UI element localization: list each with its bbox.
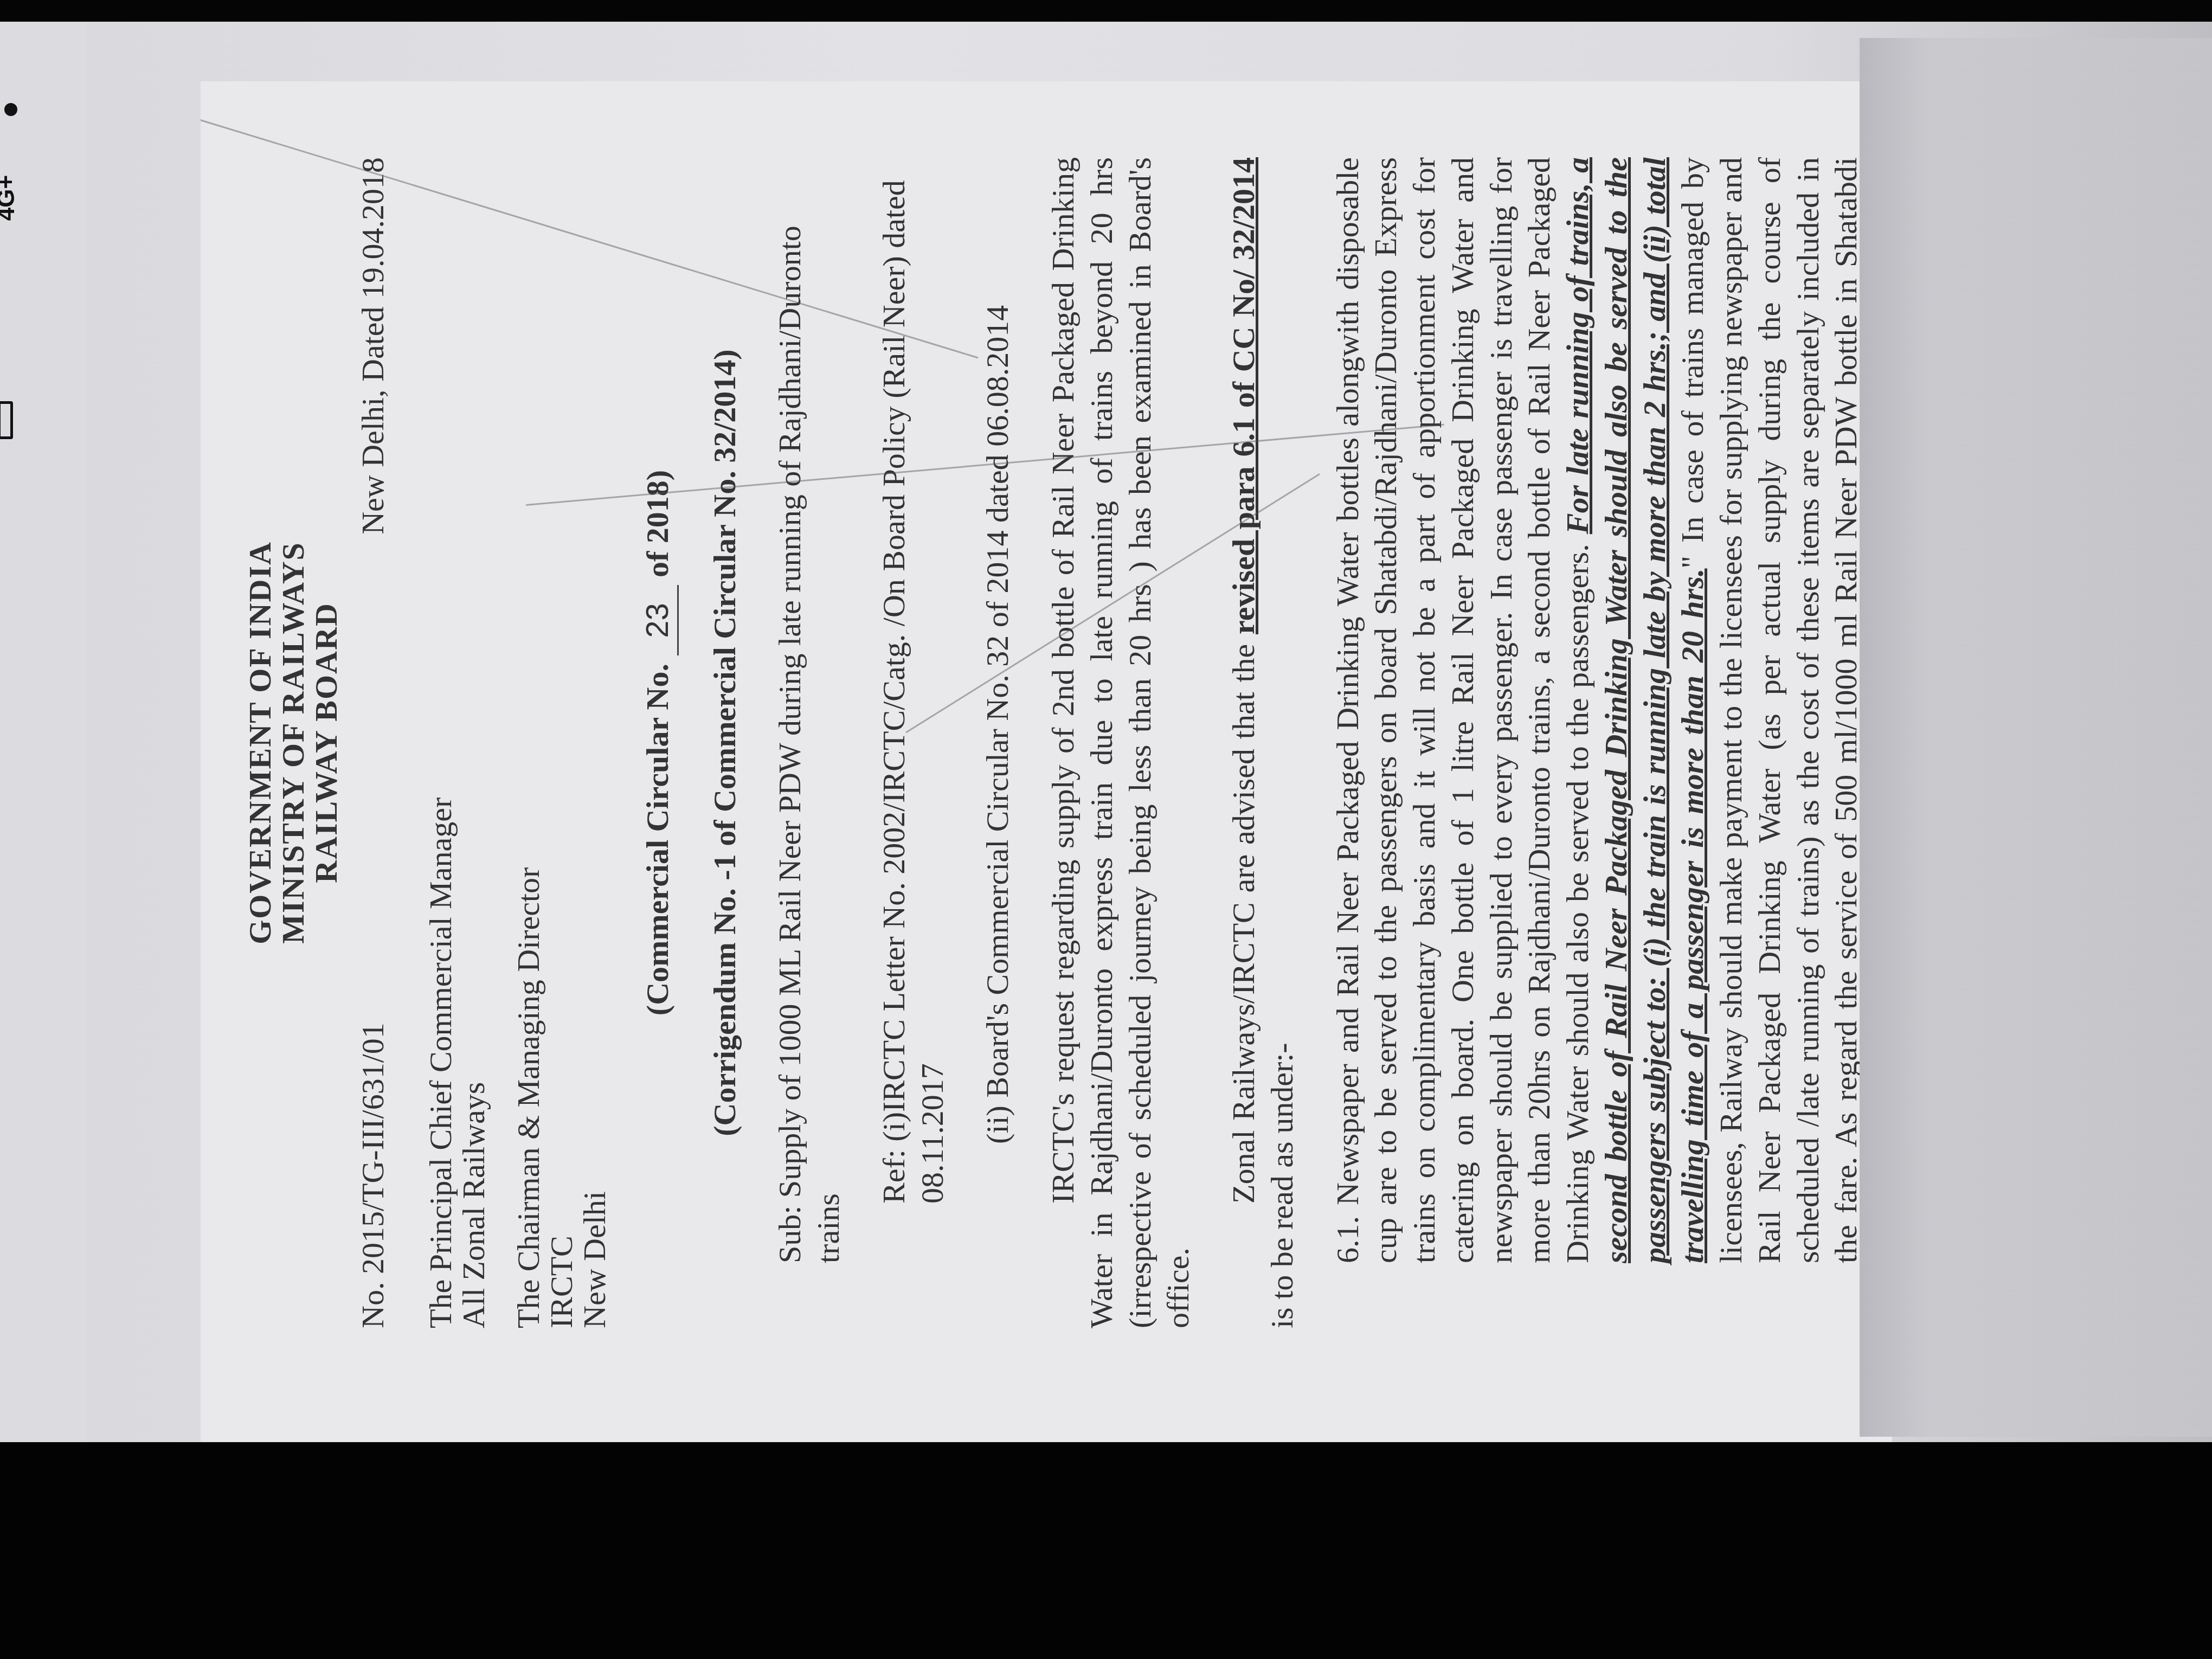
notification-dot-icon <box>4 103 17 116</box>
letterhead-line-2: MINISTRY OF RAILWAYS <box>277 157 310 1328</box>
addressee-line: The Principal Chief Commercial Manager <box>425 157 458 1328</box>
status-bar: 4G+ <box>0 22 87 1442</box>
circular-suffix: of 2018) <box>640 470 675 577</box>
subject-line: Sub: Supply of 1000 ML Rail Neer PDW dur… <box>771 157 848 1328</box>
advice-highlight: revised para 6.1 of CC No/ 32/2014 <box>1226 157 1261 634</box>
ref-date-row: No. 2015/TG-III/631/01 New Delhi, Dated … <box>354 157 393 1328</box>
circular-title: (Commercial Circular No. 23 of 2018) <box>639 157 679 1328</box>
document-page: GOVERNMENT OF INDIA MINISTRY OF RAILWAYS… <box>201 81 1892 1448</box>
advice-text: is to be read as under:- <box>1264 1043 1300 1328</box>
circular-number: 23 <box>639 586 679 656</box>
issue-date: New Delhi, Dated 19.04.2018 <box>354 157 393 535</box>
para-number: 6.1. <box>1330 1216 1365 1263</box>
addressee-line: IRCTC <box>545 157 578 1328</box>
addressee-line: All Zonal Railways <box>458 157 491 1328</box>
reference-2: (ii) Board's Commercial Circular No. 32 … <box>979 157 1017 1328</box>
addressee-2: The Chairman & Managing Director IRCTC N… <box>512 157 612 1328</box>
paragraph-6-1: 6.1. Newspaper and Rail Neer Packaged Dr… <box>1329 157 1892 1328</box>
para-text: Newspaper and Rail Neer Packaged Drinkin… <box>1330 157 1596 1263</box>
network-indicator: 4G+ <box>0 175 20 221</box>
screen-edge <box>1860 38 2212 1437</box>
request-paragraph: IRCTC's request regarding supply of 2nd … <box>1044 157 1198 1328</box>
addressee-1: The Principal Chief Commercial Manager A… <box>425 157 491 1328</box>
corrigendum-title: (Corrigendum No. -1 of Commercial Circul… <box>706 157 744 1328</box>
reference-number: No. 2015/TG-III/631/01 <box>354 1023 393 1328</box>
advice-paragraph: Zonal Railways/IRCTC are advised that th… <box>1225 157 1302 1328</box>
reference-1: Ref: (i)IRCTC Letter No. 2002/IRCTC/Catg… <box>875 157 952 1328</box>
document-viewport[interactable]: GOVERNMENT OF INDIA MINISTRY OF RAILWAYS… <box>201 81 1892 1448</box>
advice-text: Zonal Railways/IRCTC are advised that th… <box>1226 634 1261 1204</box>
circular-prefix: (Commercial Circular No. <box>640 664 675 1015</box>
addressee-line: The Chairman & Managing Director <box>512 157 545 1328</box>
letterhead: GOVERNMENT OF INDIA MINISTRY OF RAILWAYS… <box>244 157 343 1328</box>
letterhead-line-3: RAILWAY BOARD <box>310 157 343 1328</box>
letterhead-line-1: GOVERNMENT OF INDIA <box>244 157 277 1328</box>
phone-bezel <box>0 1442 2212 1659</box>
addressee-line: New Delhi <box>578 157 612 1328</box>
battery-icon <box>0 401 13 439</box>
